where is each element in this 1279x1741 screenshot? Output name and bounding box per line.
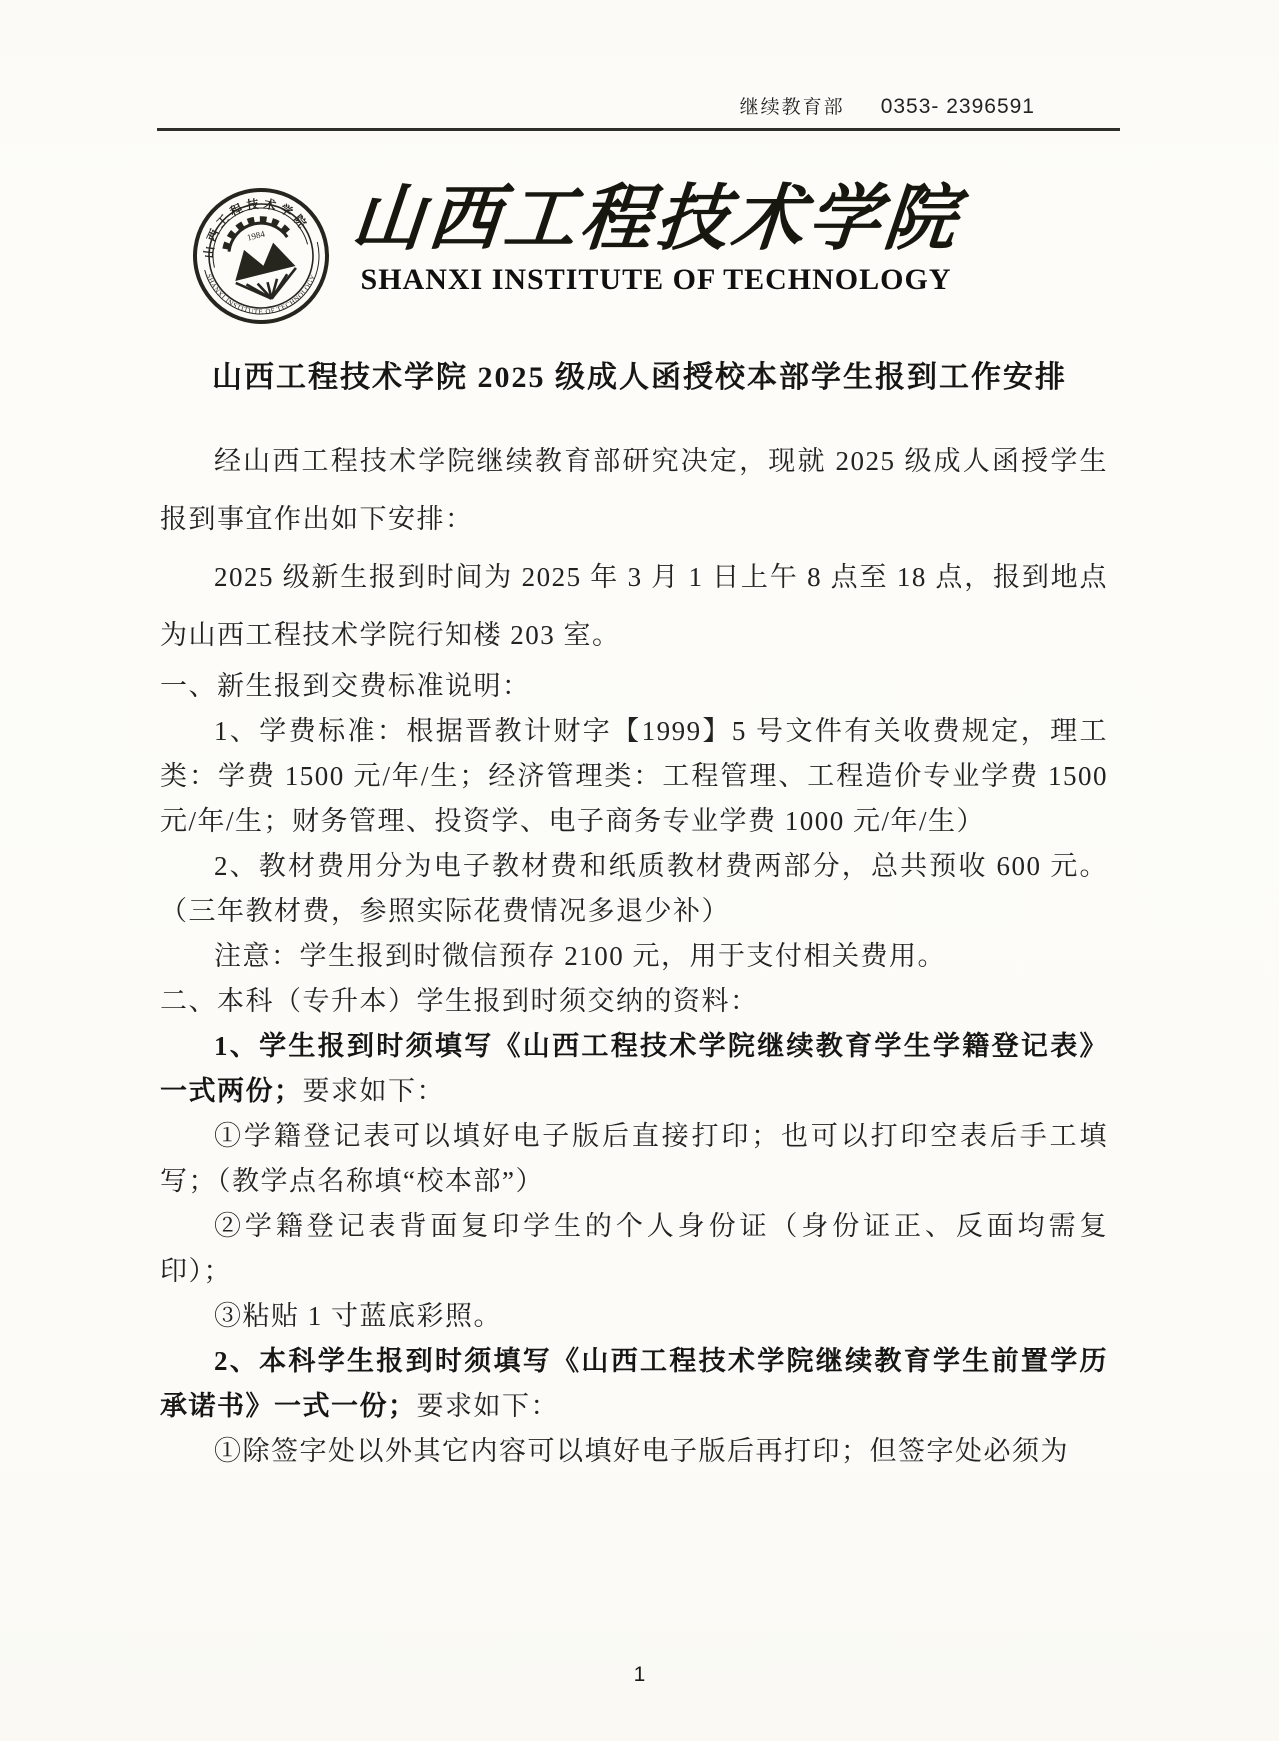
payment-note: 注意：学生报到时微信预存 2100 元，用于支付相关费用。 [160,934,1108,979]
page-number: 1 [70,1663,1209,1687]
registration-form-item-rest: 要求如下： [303,1076,446,1106]
signature-instruction: ①除签字处以外其它内容可以填好电子版后再打印；但签字处必须为 [160,1429,1108,1474]
header-phone-number: 0353- 2396591 [881,95,1035,118]
page-header: 继续教育部0353- 2396591 [0,92,1035,119]
registration-form-item: 1、学生报到时须填写《山西工程技术学院继续教育学生学籍登记表》一式两份；要求如下… [160,1024,1108,1114]
svg-text:SHANXI INSTITUTE OF TECHNOLOGY: SHANXI INSTITUTE OF TECHNOLOGY [204,248,324,328]
seal-emblem-icon: 山西工程技术学院 SHANXI INSTITUTE OF TECHNOLOGY … [186,178,336,330]
tuition-standard-item: 1、学费标准：根据晋教计财字【1999】5 号文件有关收费规定，理工类：学费 1… [160,709,1108,844]
textbook-fee-item: 2、教材费用分为电子教材费和纸质教材费两部分，总共预收 600 元。（三年教材费… [160,844,1108,934]
seal-year-text: 1984 [246,228,266,242]
commitment-letter-item-rest: 要求如下： [417,1391,560,1421]
header-department-label: 继续教育部 [740,97,845,118]
institute-brand-block: 山西工程技术学院 SHANXI INSTITUTE OF TECHNOLOGY … [186,178,966,330]
intro-paragraph: 经山西工程技术学院继续教育部研究决定，现就 2025 级成人函授学生报到事宜作出… [160,432,1108,548]
scanned-document-page: 继续教育部0353- 2396591 [0,0,1279,1741]
institute-name-block: 山西工程技术学院 SHANXI INSTITUTE OF TECHNOLOGY [346,178,966,297]
form-print-instruction: ①学籍登记表可以填好电子版后直接打印；也可以打印空表后手工填写；（教学点名称填“… [160,1114,1108,1204]
institute-seal-icon: 山西工程技术学院 SHANXI INSTITUTE OF TECHNOLOGY … [186,178,336,330]
document-title: 山西工程技术学院 2025 级成人函授校本部学生报到工作安排 [0,352,1279,396]
document-body: 经山西工程技术学院继续教育部研究决定，现就 2025 级成人函授学生报到事宜作出… [160,432,1108,1474]
institute-name-english: SHANXI INSTITUTE OF TECHNOLOGY [346,263,966,297]
institute-name-calligraphy: 山西工程技术学院 [342,178,969,261]
section2-heading: 二、本科（专升本）学生报到时须交纳的资料： [160,979,1108,1024]
seal-ring-bottom-text: SHANXI INSTITUTE OF TECHNOLOGY [204,248,324,328]
commitment-letter-item-bold: 2、本科学生报到时须填写《山西工程技术学院继续教育学生前置学历承诺书》一式一份； [160,1346,1108,1421]
report-schedule-paragraph: 2025 级新生报到时间为 2025 年 3 月 1 日上午 8 点至 18 点… [160,548,1108,664]
header-divider-line [157,128,1120,131]
section1-heading: 一、新生报到交费标准说明： [160,664,1108,709]
id-copy-instruction: ②学籍登记表背面复印学生的个人身份证（身份证正、反面均需复印）； [160,1204,1108,1294]
photo-instruction: ③粘贴 1 寸蓝底彩照。 [160,1294,1108,1339]
commitment-letter-item: 2、本科学生报到时须填写《山西工程技术学院继续教育学生前置学历承诺书》一式一份；… [160,1339,1108,1429]
